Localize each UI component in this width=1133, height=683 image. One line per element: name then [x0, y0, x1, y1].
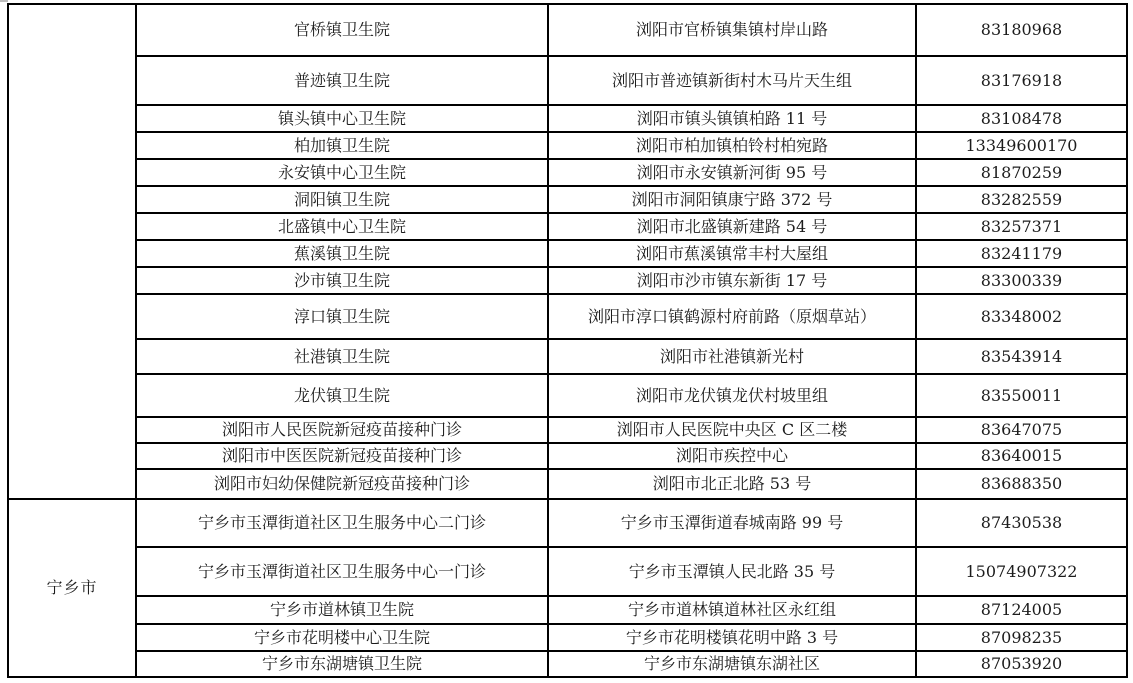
clinic-name-cell: 宁乡市玉潭街道社区卫生服务中心二门诊	[136, 499, 548, 547]
table-row: 永安镇中心卫生院浏阳市永安镇新河街 95 号81870259	[8, 159, 1127, 186]
phone-cell: 83640015	[916, 443, 1127, 469]
table-row: 官桥镇卫生院浏阳市官桥镇集镇村岸山路83180968	[8, 4, 1127, 56]
table-row: 沙市镇卫生院浏阳市沙市镇东新街 17 号83300339	[8, 267, 1127, 294]
phone-cell: 87430538	[916, 499, 1127, 547]
address-cell: 宁乡市玉潭街道春城南路 99 号	[548, 499, 916, 547]
table-row: 宁乡市道林镇卫生院宁乡市道林镇道林社区永红组87124005	[8, 596, 1127, 624]
address-cell: 浏阳市疾控中心	[548, 443, 916, 469]
phone-cell: 15074907322	[916, 547, 1127, 596]
clinic-name-cell: 官桥镇卫生院	[136, 4, 548, 56]
clinic-name-cell: 蕉溪镇卫生院	[136, 240, 548, 267]
phone-cell: 83108478	[916, 105, 1127, 132]
phone-cell: 83543914	[916, 339, 1127, 374]
clinic-name-cell: 永安镇中心卫生院	[136, 159, 548, 186]
address-cell: 浏阳市柏加镇柏铃村柏宛路	[548, 132, 916, 159]
clinic-name-cell: 柏加镇卫生院	[136, 132, 548, 159]
address-cell: 浏阳市蕉溪镇常丰村大屋组	[548, 240, 916, 267]
address-cell: 浏阳市镇头镇镇柏路 11 号	[548, 105, 916, 132]
table-row: 镇头镇中心卫生院浏阳市镇头镇镇柏路 11 号83108478	[8, 105, 1127, 132]
phone-cell: 81870259	[916, 159, 1127, 186]
table-row: 浏阳市人民医院新冠疫苗接种门诊浏阳市人民医院中央区 C 区二楼83647075	[8, 417, 1127, 443]
vaccination-clinic-table: 官桥镇卫生院浏阳市官桥镇集镇村岸山路83180968普迹镇卫生院浏阳市普迹镇新街…	[7, 3, 1128, 678]
address-cell: 浏阳市洞阳镇康宁路 372 号	[548, 186, 916, 213]
address-cell: 浏阳市永安镇新河街 95 号	[548, 159, 916, 186]
clinic-name-cell: 宁乡市玉潭街道社区卫生服务中心一门诊	[136, 547, 548, 596]
city-cell	[8, 4, 136, 499]
phone-cell: 83176918	[916, 56, 1127, 105]
table-row: 淳口镇卫生院浏阳市淳口镇鹤源村府前路（原烟草站）83348002	[8, 294, 1127, 339]
phone-cell: 83282559	[916, 186, 1127, 213]
address-cell: 宁乡市东湖塘镇东湖社区	[548, 651, 916, 677]
table-row: 宁乡市花明楼中心卫生院宁乡市花明楼镇花明中路 3 号87098235	[8, 624, 1127, 651]
address-cell: 宁乡市花明楼镇花明中路 3 号	[548, 624, 916, 651]
phone-cell: 13349600170	[916, 132, 1127, 159]
clinic-name-cell: 龙伏镇卫生院	[136, 374, 548, 417]
table-row: 普迹镇卫生院浏阳市普迹镇新街村木马片天生组83176918	[8, 56, 1127, 105]
clinic-name-cell: 宁乡市道林镇卫生院	[136, 596, 548, 624]
clinic-name-cell: 淳口镇卫生院	[136, 294, 548, 339]
phone-cell: 83180968	[916, 4, 1127, 56]
phone-cell: 87124005	[916, 596, 1127, 624]
corner-artifact	[0, 0, 8, 2]
phone-cell: 83647075	[916, 417, 1127, 443]
table-row: 蕉溪镇卫生院浏阳市蕉溪镇常丰村大屋组83241179	[8, 240, 1127, 267]
table-row: 宁乡市东湖塘镇卫生院宁乡市东湖塘镇东湖社区87053920	[8, 651, 1127, 677]
clinic-name-cell: 宁乡市花明楼中心卫生院	[136, 624, 548, 651]
table-row: 洞阳镇卫生院浏阳市洞阳镇康宁路 372 号83282559	[8, 186, 1127, 213]
document-page: 官桥镇卫生院浏阳市官桥镇集镇村岸山路83180968普迹镇卫生院浏阳市普迹镇新街…	[0, 0, 1133, 683]
table-row: 宁乡市宁乡市玉潭街道社区卫生服务中心二门诊宁乡市玉潭街道春城南路 99 号874…	[8, 499, 1127, 547]
clinic-name-cell: 北盛镇中心卫生院	[136, 213, 548, 240]
address-cell: 浏阳市淳口镇鹤源村府前路（原烟草站）	[548, 294, 916, 339]
phone-cell: 83688350	[916, 469, 1127, 499]
phone-cell: 83348002	[916, 294, 1127, 339]
address-cell: 浏阳市官桥镇集镇村岸山路	[548, 4, 916, 56]
clinic-name-cell: 镇头镇中心卫生院	[136, 105, 548, 132]
address-cell: 浏阳市人民医院中央区 C 区二楼	[548, 417, 916, 443]
table-row: 北盛镇中心卫生院浏阳市北盛镇新建路 54 号83257371	[8, 213, 1127, 240]
clinic-name-cell: 洞阳镇卫生院	[136, 186, 548, 213]
clinic-name-cell: 普迹镇卫生院	[136, 56, 548, 105]
table-row: 柏加镇卫生院浏阳市柏加镇柏铃村柏宛路13349600170	[8, 132, 1127, 159]
address-cell: 浏阳市北盛镇新建路 54 号	[548, 213, 916, 240]
address-cell: 宁乡市玉潭镇人民北路 35 号	[548, 547, 916, 596]
phone-cell: 83241179	[916, 240, 1127, 267]
address-cell: 浏阳市普迹镇新街村木马片天生组	[548, 56, 916, 105]
address-cell: 浏阳市北正北路 53 号	[548, 469, 916, 499]
clinic-name-cell: 沙市镇卫生院	[136, 267, 548, 294]
phone-cell: 87053920	[916, 651, 1127, 677]
table-row: 龙伏镇卫生院浏阳市龙伏镇龙伏村坡里组83550011	[8, 374, 1127, 417]
phone-cell: 83257371	[916, 213, 1127, 240]
table-row: 浏阳市中医医院新冠疫苗接种门诊浏阳市疾控中心83640015	[8, 443, 1127, 469]
city-cell: 宁乡市	[8, 499, 136, 677]
clinic-name-cell: 浏阳市人民医院新冠疫苗接种门诊	[136, 417, 548, 443]
phone-cell: 83300339	[916, 267, 1127, 294]
clinic-name-cell: 浏阳市中医医院新冠疫苗接种门诊	[136, 443, 548, 469]
address-cell: 浏阳市社港镇新光村	[548, 339, 916, 374]
table-row: 社港镇卫生院浏阳市社港镇新光村83543914	[8, 339, 1127, 374]
address-cell: 浏阳市龙伏镇龙伏村坡里组	[548, 374, 916, 417]
table-row: 浏阳市妇幼保健院新冠疫苗接种门诊浏阳市北正北路 53 号83688350	[8, 469, 1127, 499]
phone-cell: 87098235	[916, 624, 1127, 651]
address-cell: 宁乡市道林镇道林社区永红组	[548, 596, 916, 624]
clinic-name-cell: 社港镇卫生院	[136, 339, 548, 374]
phone-cell: 83550011	[916, 374, 1127, 417]
table-row: 宁乡市玉潭街道社区卫生服务中心一门诊宁乡市玉潭镇人民北路 35 号1507490…	[8, 547, 1127, 596]
clinic-name-cell: 浏阳市妇幼保健院新冠疫苗接种门诊	[136, 469, 548, 499]
address-cell: 浏阳市沙市镇东新街 17 号	[548, 267, 916, 294]
clinic-name-cell: 宁乡市东湖塘镇卫生院	[136, 651, 548, 677]
